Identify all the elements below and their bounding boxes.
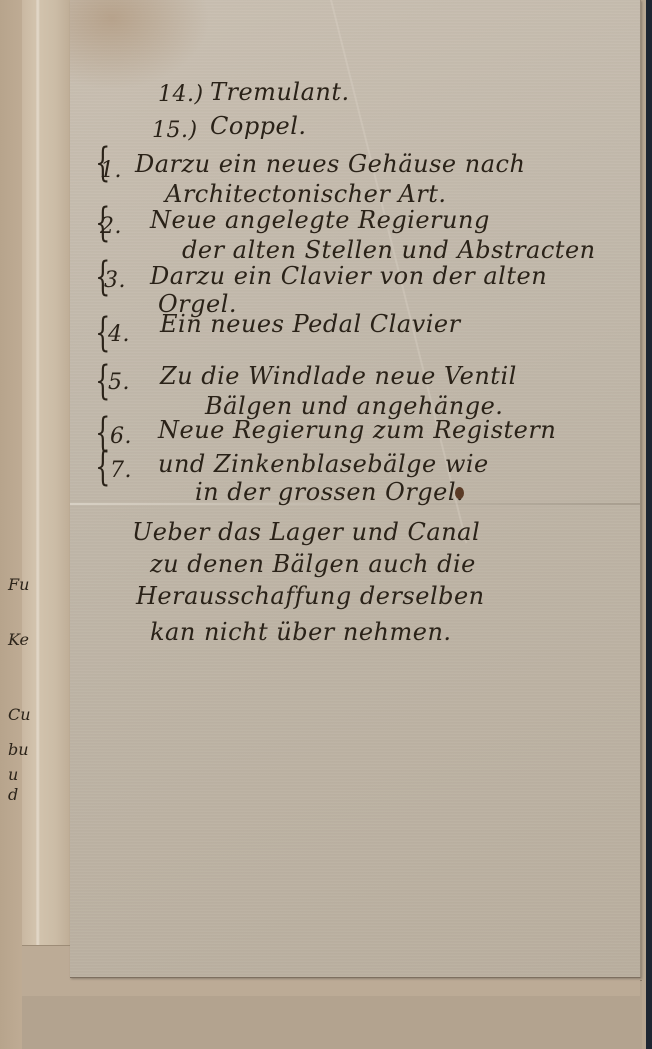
margin-fragment: d xyxy=(8,785,18,804)
binding-leaf-edge xyxy=(22,0,71,1049)
item-number: 2. xyxy=(100,214,122,239)
heading-number: 15.) xyxy=(152,118,198,143)
item-number: 3. xyxy=(104,268,126,293)
item-line: in der grossen Orgel. xyxy=(195,478,464,506)
margin-fragment: Fu xyxy=(8,575,29,594)
heading-text: Coppel. xyxy=(210,112,307,140)
item-line: und Zinkenblasebälge wie xyxy=(158,450,489,478)
item-line: Neue angelegte Regierung xyxy=(150,206,490,234)
item-line: Neue Regierung zum Registern xyxy=(158,416,556,444)
item-number: 7. xyxy=(110,458,132,483)
margin-fragment: Ke xyxy=(8,630,29,649)
paragraph-line: zu denen Bälgen auch die xyxy=(150,550,476,578)
item-line: Ein neues Pedal Clavier xyxy=(160,310,461,338)
margin-fragment: Cu xyxy=(8,705,31,724)
heading-text: Tremulant. xyxy=(210,78,350,106)
item-line: Zu die Windlade neue Ventil xyxy=(160,362,517,390)
item-line: Darzu ein Clavier von der alten xyxy=(150,262,547,290)
paragraph-line: Ueber das Lager und Canal xyxy=(132,518,480,546)
margin-fragment: bu xyxy=(8,740,29,759)
spine-strip xyxy=(36,0,40,1049)
manuscript-photo: Fu Ke Cu bu u d 14.) Tremulant. 15.) Cop… xyxy=(0,0,652,1049)
bracket-mark: { xyxy=(95,444,110,490)
paragraph-line: kan nicht über nehmen. xyxy=(150,618,452,646)
item-line: Darzu ein neues Gehäuse nach xyxy=(135,150,525,178)
item-number: 6. xyxy=(110,424,132,449)
heading-number: 14.) xyxy=(158,82,204,107)
item-line: der alten Stellen und Abstracten xyxy=(182,236,596,264)
item-number: 1. xyxy=(100,158,122,183)
water-stain xyxy=(70,0,210,90)
paragraph-line: Herausschaffung derselben xyxy=(136,582,485,610)
item-line: Architectonischer Art. xyxy=(165,180,447,208)
margin-fragment: u xyxy=(8,765,18,784)
item-number: 4. xyxy=(108,322,130,347)
item-number: 5. xyxy=(108,370,130,395)
ink-blot xyxy=(455,487,464,499)
